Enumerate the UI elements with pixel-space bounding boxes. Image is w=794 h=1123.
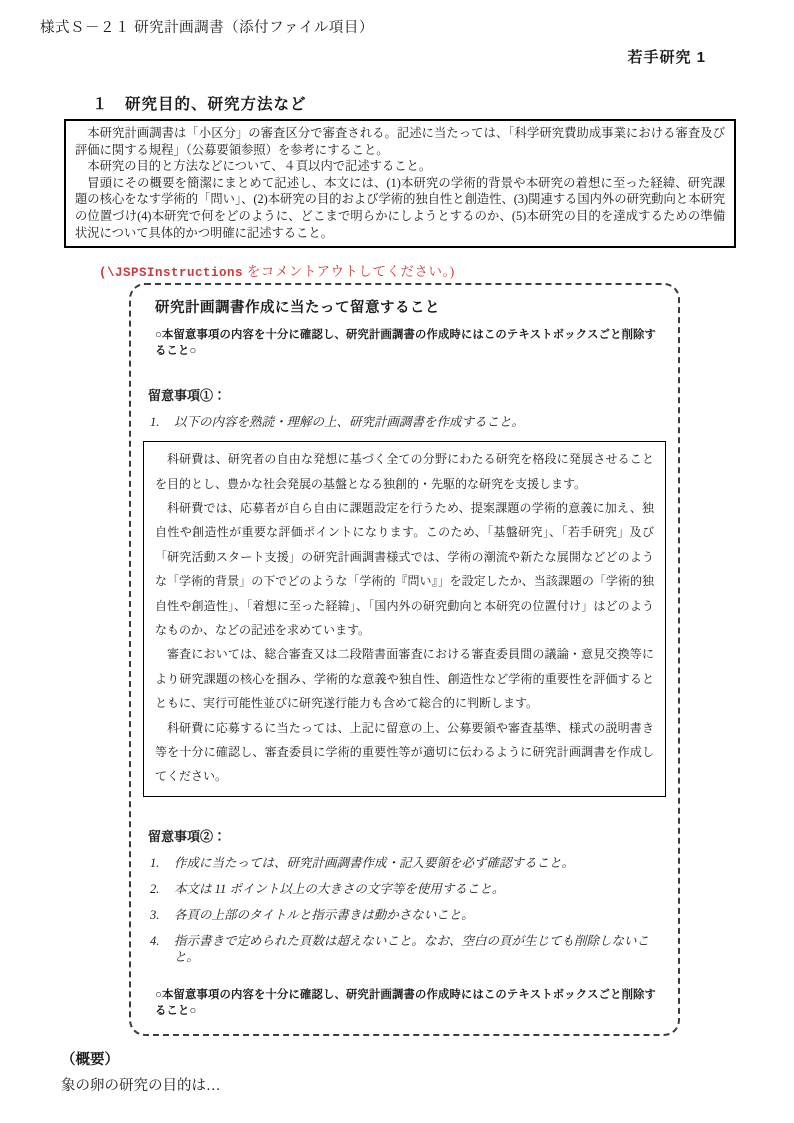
notice2-item: 4. 指示書きで定められた頁数は超えないこと。なお、空白の頁が生じても削除しない… [150, 933, 666, 965]
notice2-item-text: 作成に当たっては、研究計画調書作成・記入要領を必ず確認すること。 [174, 855, 574, 871]
document-page: 様式Ｓ－２１ 研究計画調書（添付ファイル項目） 若手研究 1 １ 研究目的、研究… [0, 0, 794, 1123]
notice2-item: 2. 本文は 11 ポイント以上の大きさの文字等を使用すること。 [150, 881, 666, 897]
notice2-item-text: 各頁の上部のタイトルと指示書きは動かさないこと。 [174, 907, 474, 923]
notice2-item-text: 本文は 11 ポイント以上の大きさの文字等を使用すること。 [174, 881, 504, 897]
kakenhi-paragraph: 科研費では、応募者が自ら自由に課題設定を行うため、提案課題の学術的意義に加え、独… [155, 496, 654, 642]
kakenhi-paragraph: 審査においては、総合審査又は二段階書面審査における審査委員間の議論・意見交換等に… [155, 642, 654, 715]
notice2-heading: 留意事項②： [148, 826, 666, 845]
kakenhi-paragraph: 科研費に応募するに当たっては、上記に留意の上、公募要領や審査基準、様式の説明書き… [155, 716, 654, 789]
notice2-item-text: 指示書きで定められた頁数は超えないこと。なお、空白の頁が生じても削除しないこと。 [174, 933, 666, 965]
instruction-paragraph: 本研究の目的と方法などについて、４頁以内で記述すること。 [75, 158, 725, 175]
notice2-item-number: 2. [150, 881, 174, 897]
kakenhi-paragraph: 科研費は、研究者の自由な発想に基づく全ての分野にわたる研究を格段に発展させること… [155, 447, 654, 496]
summary-body-text: 象の卵の研究の目的は… [61, 1074, 794, 1095]
notice1-item-number: 1. [150, 414, 174, 430]
notice1-heading: 留意事項①： [148, 385, 666, 404]
notice2-item-number: 4. [150, 933, 174, 965]
attention-textbox: 研究計画調書作成に当たって留意すること ○本留意事項の内容を十分に確認し、研究計… [129, 283, 680, 1036]
notice2-item: 3. 各頁の上部のタイトルと指示書きは動かさないこと。 [150, 907, 666, 923]
latex-comment-note: (\JSPSInstructions をコメントアウトしてください。) [99, 260, 794, 280]
research-category-label: 若手研究 1 [0, 46, 794, 67]
summary-label: （概要） [61, 1048, 794, 1069]
delete-notice-bottom: ○本留意事項の内容を十分に確認し、研究計画調書の作成時にはこのテキストボックスご… [155, 986, 666, 1018]
notice1-item: 1. 以下の内容を熟読・理解の上、研究計画調書を作成すること。 [150, 414, 666, 430]
kakenhi-description-box: 科研費は、研究者の自由な発想に基づく全ての分野にわたる研究を格段に発展させること… [143, 441, 666, 797]
comment-note-text: をコメントアウトしてください。) [243, 264, 455, 279]
instruction-paragraph: 本研究計画調書は「小区分」の審査区分で審査される。記述に当たっては、「科学研究費… [75, 125, 725, 158]
attention-title: 研究計画調書作成に当たって留意すること [155, 296, 666, 317]
latex-command-text: (\JSPSInstructions [99, 266, 243, 280]
section-heading: １ 研究目的、研究方法など [92, 92, 794, 114]
notice2-item-number: 1. [150, 855, 174, 871]
notice2-item-number: 3. [150, 907, 174, 923]
notice2-item: 1. 作成に当たっては、研究計画調書作成・記入要領を必ず確認すること。 [150, 855, 666, 871]
notice1-item-text: 以下の内容を熟読・理解の上、研究計画調書を作成すること。 [174, 414, 524, 430]
instruction-paragraph: 冒頭にその概要を簡潔にまとめて記述し、本文には、(1)本研究の学術的背景や本研究… [75, 175, 725, 241]
review-instruction-box: 本研究計画調書は「小区分」の審査区分で審査される。記述に当たっては、「科学研究費… [64, 119, 736, 248]
delete-notice-top: ○本留意事項の内容を十分に確認し、研究計画調書の作成時にはこのテキストボックスご… [155, 326, 666, 358]
form-title: 様式Ｓ－２１ 研究計画調書（添付ファイル項目） [40, 16, 794, 37]
